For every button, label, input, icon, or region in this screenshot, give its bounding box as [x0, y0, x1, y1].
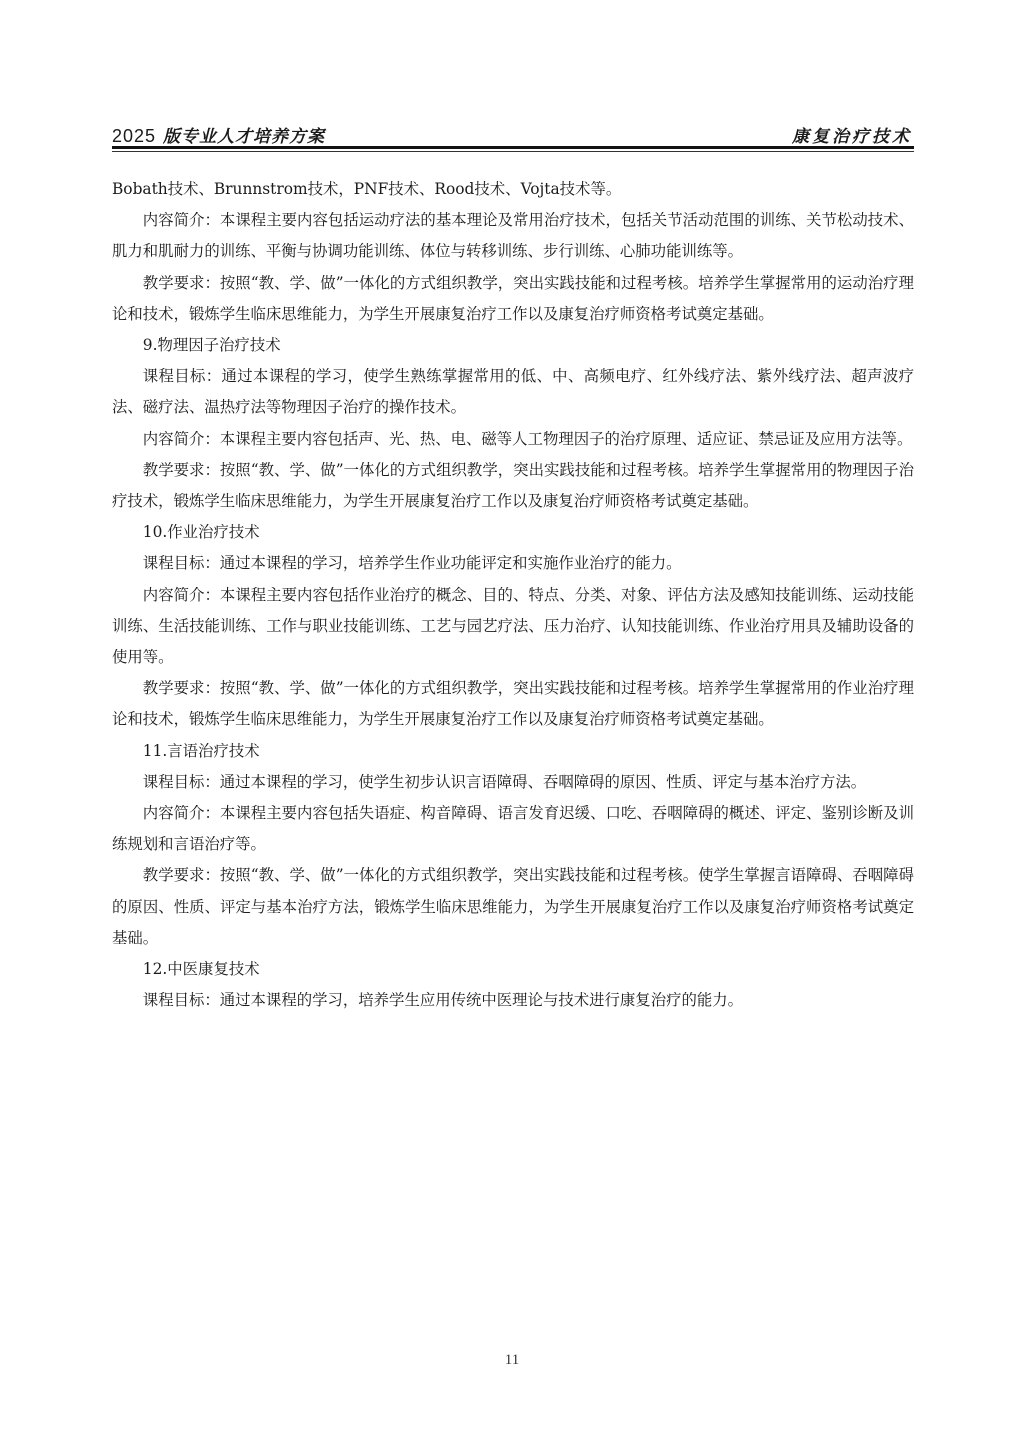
paragraph: 内容简介：本课程主要内容包括失语症、构音障碍、语言发育迟缓、口吃、吞咽障碍的概述…	[112, 798, 914, 860]
section-heading: 9.物理因子治疗技术	[112, 330, 914, 361]
document-year: 2025	[112, 126, 156, 146]
section-heading: 12.中医康复技术	[112, 954, 914, 985]
paragraph: 教学要求：按照“教、学、做”一体化的方式组织教学，突出实践技能和过程考核。培养学…	[112, 268, 914, 330]
paragraph: 内容简介：本课程主要内容包括作业治疗的概念、目的、特点、分类、对象、评估方法及感…	[112, 580, 914, 674]
section-heading: 11.言语治疗技术	[112, 736, 914, 767]
document-title-text: 版专业人才培养方案	[156, 127, 325, 147]
paragraph: Bobath技术、Brunnstrom技术，PNF技术、Rood技术、Vojta…	[112, 174, 914, 205]
header-rule-thick	[112, 146, 914, 149]
page-header: 2025 版专业人才培养方案 康复治疗技术	[112, 122, 914, 144]
paragraph: 课程目标：通过本课程的学习，培养学生作业功能评定和实施作业治疗的能力。	[112, 548, 914, 579]
paragraph: 教学要求：按照“教、学、做”一体化的方式组织教学，突出实践技能和过程考核。培养学…	[112, 673, 914, 735]
page-number: 11	[0, 1352, 1024, 1369]
paragraph: 内容简介：本课程主要内容包括运动疗法的基本理论及常用治疗技术，包括关节活动范围的…	[112, 205, 914, 267]
section-heading: 10.作业治疗技术	[112, 517, 914, 548]
paragraph: 课程目标：通过本课程的学习，培养学生应用传统中医理论与技术进行康复治疗的能力。	[112, 985, 914, 1016]
paragraph: 课程目标：通过本课程的学习，使学生熟练掌握常用的低、中、高频电疗、红外线疗法、紫…	[112, 361, 914, 423]
program-name: 康复治疗技术	[792, 122, 912, 147]
paragraph: 内容简介：本课程主要内容包括声、光、热、电、磁等人工物理因子的治疗原理、适应证、…	[112, 424, 914, 455]
paragraph: 课程目标：通过本课程的学习，使学生初步认识言语障碍、吞咽障碍的原因、性质、评定与…	[112, 767, 914, 798]
document-title: 2025 版专业人才培养方案	[112, 122, 325, 147]
body-content: Bobath技术、Brunnstrom技术，PNF技术、Rood技术、Vojta…	[112, 174, 914, 1016]
paragraph: 教学要求：按照“教、学、做”一体化的方式组织教学，突出实践技能和过程考核。使学生…	[112, 860, 914, 954]
paragraph: 教学要求：按照“教、学、做”一体化的方式组织教学，突出实践技能和过程考核。培养学…	[112, 455, 914, 517]
header-rule-thin	[112, 151, 914, 152]
